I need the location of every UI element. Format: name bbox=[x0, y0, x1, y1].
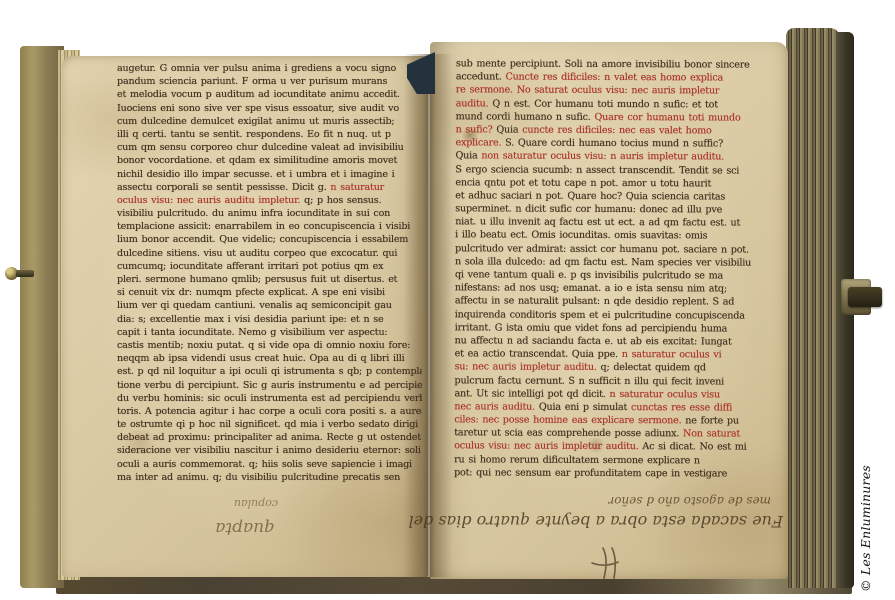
clasp-pin-stem bbox=[16, 270, 34, 277]
manuscript-line: neqqm ab ipsa videndi usus creat huic. O… bbox=[117, 352, 422, 365]
rubric-text-segment: oculus visu: nec auris impletur auditu. bbox=[454, 441, 638, 453]
manuscript-line: auditu. Q n est. Cor humanu toti mundo n… bbox=[456, 97, 774, 112]
ink-text-segment: nichil desidio illo impar secusse. et i … bbox=[117, 169, 395, 180]
ink-text-segment: irritant. G ista omiu que videt fons ad … bbox=[455, 322, 727, 334]
ink-text-segment: et melodia vocum p auditum ad iocunditat… bbox=[117, 89, 400, 100]
manuscript-line: ciles: nec posse homine eas explicare se… bbox=[454, 413, 772, 428]
manuscript-line: S ergo sciencia sucumb: n assect transce… bbox=[455, 163, 773, 178]
ink-text-segment: si cenuit vix dr: numqm pfecte explicat.… bbox=[117, 287, 385, 298]
manuscript-line: Iuociens eni sono sive ver spe visus ess… bbox=[117, 102, 422, 115]
ink-text-segment: accedunt. bbox=[456, 71, 506, 82]
manuscript-line: castis mentib; noxiu putat. q si vide op… bbox=[117, 339, 422, 352]
manuscript-line: dia: s; excellentie max i visi desidia p… bbox=[117, 313, 422, 326]
ink-text-segment: pulcritudo ver admirat: assict cor human… bbox=[455, 243, 749, 255]
rubric-text-segment: n saturatur bbox=[330, 182, 384, 193]
manuscript-line: pleri. sermone humano qmlib; persusus fu… bbox=[117, 273, 422, 286]
ink-text-segment: cumcumq; iocunditate afferant irritari p… bbox=[117, 261, 383, 272]
manuscript-line: et adhuc saciari n pot. Quare hoc? Quia … bbox=[455, 189, 773, 204]
ink-text-segment: pot: qui nec sensum ear profunditatem ca… bbox=[454, 467, 727, 479]
ink-text-segment: affectu in se naturalit pulsant: n qde d… bbox=[455, 296, 734, 308]
manuscript-line: superminet. n dicit sufic cor humanu: do… bbox=[455, 202, 773, 217]
ink-text-segment: n sola illa dulcedo: ad qm factu est. Na… bbox=[455, 256, 751, 268]
right-page-inscription-large: Fue sacada esta obra a beynte quatro dia… bbox=[448, 512, 783, 531]
fore-edge-page-stack bbox=[786, 28, 840, 588]
ink-text-segment: i illo beatu ect. Omis iocunditas. omis … bbox=[455, 230, 707, 242]
ink-text-segment: sideracione ver visibiliu nascitur i ani… bbox=[117, 445, 421, 456]
ink-text-segment: taretur ut scia eas comprehende posse ad… bbox=[454, 428, 683, 440]
manuscript-line: niat. u illu invenit aq factu est ut ect… bbox=[455, 216, 773, 231]
rubric-text-segment: re sermone. No saturat oculus visu: nec … bbox=[456, 85, 720, 97]
ink-text-segment: superminet. n dicit sufic cor humanu: do… bbox=[455, 203, 722, 215]
ink-text-segment: niat. u illu invenit aq factu est ut ect… bbox=[455, 217, 740, 229]
ink-text-segment: bonor vocordatione. et qdam ex similitud… bbox=[117, 155, 397, 166]
ink-text-segment: sub mente percipiunt. Soli na amore invi… bbox=[456, 58, 750, 70]
manuscript-line: te ostrumte qi p hoc nil significet. qd … bbox=[117, 418, 422, 431]
ink-text-segment: toris. A potencia agitur i hac corpe a o… bbox=[117, 406, 422, 417]
book-bottom-edge bbox=[56, 577, 852, 594]
ink-text-segment: neqqm ab ipsa videndi usus creat huic. O… bbox=[117, 353, 405, 364]
right-page-inscription-small: mes de agosto año d señor bbox=[556, 494, 771, 508]
manuscript-line: si cenuit vix dr: numqm pfecte explicat.… bbox=[117, 286, 422, 299]
manuscript-line: n sola illa dulcedo: ad qm factu est. Na… bbox=[455, 255, 773, 270]
manuscript-line: lium bonor accendit. Que videlic; concup… bbox=[117, 233, 422, 246]
manuscript-line: affectu in se naturalit pulsant: n qde d… bbox=[455, 295, 773, 310]
left-page-inscription-large: quapta bbox=[185, 518, 275, 538]
manuscript-line: pulcrum factu cernunt. S n sufficit n il… bbox=[454, 374, 772, 389]
rubric-text-segment: n sufic? bbox=[456, 124, 493, 135]
manuscript-line: nu affectu n ad saciandu facta e. ut ab … bbox=[455, 334, 773, 349]
ink-text-segment: capit i tanta iocunditate. Nemo g visibi… bbox=[117, 327, 387, 338]
manuscript-line: augetur. G omnia ver pulsu anima i gredi… bbox=[117, 62, 422, 75]
manuscript-line: du verbu hominis: sic oculi instrumenta … bbox=[117, 392, 422, 405]
manuscript-line: bonor vocordatione. et qdam ex similitud… bbox=[117, 154, 422, 167]
manuscript-line: cum qm sensu corporeo chur dulcedine val… bbox=[117, 141, 422, 154]
ink-text-segment: Ac si dicat. No est mi bbox=[639, 442, 747, 453]
manuscript-line: encia qntu pot et totu cape n pot. amor … bbox=[455, 176, 773, 191]
ink-text-segment: lium bonor accendit. Que videlic; concup… bbox=[117, 234, 408, 245]
manuscript-line: Quia non saturatur oculus visu: n auris … bbox=[455, 150, 773, 165]
manuscript-line: lium ver qi quedam cantiuni. venalis aq … bbox=[117, 299, 422, 312]
ink-text-segment: te ostrumte qi p hoc nil significet. qd … bbox=[117, 419, 418, 430]
manuscript-line: ru si homo rerum dificultatem sermone ex… bbox=[454, 453, 772, 468]
manuscript-line: oculus visu: nec auris auditu impletur. … bbox=[117, 194, 422, 207]
manuscript-line: mund cordi humano n sufic. Quare cor hum… bbox=[456, 110, 774, 125]
ink-text-segment: mund cordi humano n sufic. bbox=[456, 111, 595, 123]
manuscript-line: et ea actio transcendat. Quia ppe. n sat… bbox=[455, 347, 773, 362]
manuscript-line: assectu corporali se sentit pessisse. Di… bbox=[117, 181, 422, 194]
manuscript-line: est. p qd nil loquitur a ipi oculi qi is… bbox=[117, 365, 422, 378]
manuscript-line: nichil desidio illo impar secusse. et i … bbox=[117, 168, 422, 181]
manuscript-line: debeat ad proximu: principaliter ad anim… bbox=[117, 431, 422, 444]
rubric-text-segment: non saturatur oculus visu: n auris imple… bbox=[481, 151, 724, 163]
ink-text-segment: et adhuc saciari n pot. Quare hoc? Quia … bbox=[455, 190, 725, 202]
ink-text-segment: du verbu hominis: sic oculi instrumenta … bbox=[117, 393, 422, 404]
ink-text-segment: assectu corporali se sentit pessisse. Di… bbox=[117, 182, 330, 193]
photo-credit: © Les Enluminures bbox=[858, 432, 873, 592]
ink-text-segment: qi vene tantum quali e. p qs invisibilis… bbox=[455, 269, 723, 281]
clasp-pin bbox=[5, 260, 35, 288]
ink-text-segment: ru si homo rerum dificultatem sermone ex… bbox=[454, 454, 700, 466]
ink-text-segment: ant. Ut sic intelligi pot qd dicit. bbox=[454, 388, 609, 400]
rubric-text-segment: Cuncte res dificiles: n valet eas homo e… bbox=[505, 72, 723, 84]
rubric-text-segment: oculus visu: nec auris auditu impletur. bbox=[117, 195, 300, 206]
manuscript-line: illi q certi. tantu se sentit. responden… bbox=[117, 128, 422, 141]
ink-text-segment: inquirenda conditoris spem et ei pulcrit… bbox=[455, 309, 745, 321]
ink-text-segment: S. Quare cordi humano tocius mund n suff… bbox=[501, 138, 723, 150]
manuscript-photo: augetur. G omnia ver pulsu anima i gredi… bbox=[0, 0, 895, 600]
ink-text-segment: q; p hos sensus. bbox=[300, 195, 381, 206]
ink-text-segment: nifestans: ad nos usq; emanat. a io e is… bbox=[455, 282, 727, 294]
ink-text-segment: encia qntu pot et totu cape n pot. amor … bbox=[455, 177, 711, 189]
ink-text-segment: Iuociens eni sono sive ver spe visus ess… bbox=[117, 103, 399, 114]
manuscript-line: nifestans: ad nos usq; emanat. a io e is… bbox=[455, 281, 773, 296]
manuscript-line: taretur ut scia eas comprehende posse ad… bbox=[454, 427, 772, 442]
rubric-text-segment: cunctas res esse diffi bbox=[631, 402, 732, 413]
ink-text-segment: pleri. sermone humano qmlib; persusus fu… bbox=[117, 274, 397, 285]
rubric-text-segment: explicare. bbox=[456, 137, 502, 148]
ink-text-segment: nu affectu n ad saciandu facta e. ut ab … bbox=[455, 335, 732, 347]
right-page-text: sub mente percipiunt. Soli na amore invi… bbox=[454, 57, 774, 482]
manuscript-line: pot: qui nec sensum ear profunditatem ca… bbox=[454, 466, 772, 481]
ink-text-segment: ma inter ad animu. q; du visibiliu pulcr… bbox=[117, 472, 400, 483]
manuscript-line: templacione assicit: enarrabilem in eo c… bbox=[117, 220, 422, 233]
rubric-text-segment: cuncte res dificiles: nec eas valet homo bbox=[522, 125, 711, 137]
manuscript-line: cum dulcedine demulcet exigilat animu ut… bbox=[117, 115, 422, 128]
rubric-text-segment: auditu. bbox=[456, 98, 489, 109]
ink-text-segment: est. p qd nil loquitur a ipi oculi qi is… bbox=[117, 366, 422, 377]
manuscript-line: visibiliu pulcritudo. du animu infra ioc… bbox=[117, 207, 422, 220]
ink-text-segment: Quia bbox=[492, 124, 522, 135]
ink-text-segment: augetur. G omnia ver pulsu anima i gredi… bbox=[117, 63, 396, 74]
rubric-text-segment: ciles: nec posse homine eas explicare se… bbox=[454, 414, 681, 426]
manuscript-line: ant. Ut sic intelligi pot qd dicit. n sa… bbox=[454, 387, 772, 402]
manuscript-line: explicare. S. Quare cordi humano tocius … bbox=[456, 136, 774, 151]
left-page-inscription-small: copulau bbox=[208, 497, 278, 510]
clasp-catch-hole bbox=[848, 287, 882, 307]
ink-text-segment: Q n est. Cor humanu toti mundo n sufic: … bbox=[488, 98, 717, 110]
left-page-text: augetur. G omnia ver pulsu anima i gredi… bbox=[117, 62, 422, 486]
ink-text-segment: debeat ad proximu: principaliter ad anim… bbox=[117, 432, 422, 443]
ink-text-segment: tione verbu di percipiunt. Sic g auris i… bbox=[117, 380, 422, 391]
manuscript-line: pulcritudo ver admirat: assict cor human… bbox=[455, 242, 773, 257]
ink-text-segment: pandum sciencia pariunt. F orma u ver pu… bbox=[117, 76, 387, 87]
rubric-text-segment: Quare cor humanu toti mundo bbox=[594, 112, 740, 124]
manuscript-line: sub mente percipiunt. Soli na amore invi… bbox=[456, 57, 774, 72]
ink-text-segment: q; delectat quidem qd bbox=[597, 362, 706, 373]
manuscript-line: oculi a auris commemorat. q; hiis solis … bbox=[117, 458, 422, 471]
ink-text-segment: oculi a auris commemorat. q; hiis solis … bbox=[117, 459, 412, 470]
manuscript-line: et melodia vocum p auditum ad iocunditat… bbox=[117, 88, 422, 101]
ink-text-segment: illi q certi. tantu se sentit. responden… bbox=[117, 129, 391, 140]
manuscript-line: capit i tanta iocunditate. Nemo g visibi… bbox=[117, 326, 422, 339]
rubric-text-segment: Non saturat bbox=[683, 429, 740, 440]
manuscript-line: su: nec auris impletur auditu. q; delect… bbox=[455, 361, 773, 376]
manuscript-line: inquirenda conditoris spem et ei pulcrit… bbox=[455, 308, 773, 323]
manuscript-line: i illo beatu ect. Omis iocunditas. omis … bbox=[455, 229, 773, 244]
pen-flourish-mark bbox=[588, 546, 622, 580]
manuscript-line: qi vene tantum quali e. p qs invisibilis… bbox=[455, 268, 773, 283]
rubric-text-segment: su: nec auris impletur auditu. bbox=[455, 362, 597, 374]
manuscript-line: ma inter ad animu. q; du visibiliu pulcr… bbox=[117, 471, 422, 484]
ink-text-segment: lium ver qi quedam cantiuni. venalis aq … bbox=[117, 300, 392, 311]
ink-text-segment: pulcrum factu cernunt. S n sufficit n il… bbox=[454, 375, 724, 387]
manuscript-line: tione verbu di percipiunt. Sic g auris i… bbox=[117, 379, 422, 392]
ink-text-segment: S ergo sciencia sucumb: n assect transce… bbox=[455, 164, 739, 176]
ink-text-segment: dulcedine sitiens. visu ut auditu corpeo… bbox=[117, 248, 397, 259]
ink-text-segment: Quia eni p simulat bbox=[535, 402, 631, 413]
manuscript-line: toris. A potencia agitur i hac corpe a o… bbox=[117, 405, 422, 418]
rubric-text-segment: n saturatur oculus vi bbox=[622, 349, 722, 360]
manuscript-line: oculus visu: nec auris impletur auditu. … bbox=[454, 440, 772, 455]
ink-text-segment: ne forte pu bbox=[681, 415, 738, 426]
ink-text-segment: Quia bbox=[455, 151, 481, 162]
ink-text-segment: cum dulcedine demulcet exigilat animu ut… bbox=[117, 116, 394, 127]
ink-text-segment: castis mentib; noxiu putat. q si vide op… bbox=[117, 340, 410, 351]
manuscript-line: re sermone. No saturat oculus visu: nec … bbox=[456, 84, 774, 99]
rubric-text-segment: nec auris auditu. bbox=[454, 401, 535, 412]
manuscript-line: sideracione ver visibiliu nascitur i ani… bbox=[117, 444, 422, 457]
manuscript-line: dulcedine sitiens. visu ut auditu corpeo… bbox=[117, 247, 422, 260]
rubric-text-segment: n saturatur oculus visu bbox=[609, 389, 719, 400]
ink-text-segment: templacione assicit: enarrabilem in eo c… bbox=[117, 221, 410, 232]
manuscript-line: irritant. G ista omiu que videt fons ad … bbox=[455, 321, 773, 336]
ink-text-segment: et ea actio transcendat. Quia ppe. bbox=[455, 348, 622, 360]
manuscript-line: accedunt. Cuncte res dificiles: n valet … bbox=[456, 70, 774, 85]
manuscript-line: cumcumq; iocunditate afferant irritari p… bbox=[117, 260, 422, 273]
ink-text-segment: cum qm sensu corporeo chur dulcedine val… bbox=[117, 142, 404, 153]
ink-text-segment: visibiliu pulcritudo. du animu infra ioc… bbox=[117, 208, 390, 219]
manuscript-line: pandum sciencia pariunt. F orma u ver pu… bbox=[117, 75, 422, 88]
ink-text-segment: dia: s; excellentie max i visi desidia p… bbox=[117, 314, 383, 325]
clasp-catch bbox=[841, 277, 888, 317]
manuscript-line: nec auris auditu. Quia eni p simulat cun… bbox=[454, 400, 772, 415]
manuscript-line: n sufic? Quia cuncte res dificiles: nec … bbox=[456, 123, 774, 138]
